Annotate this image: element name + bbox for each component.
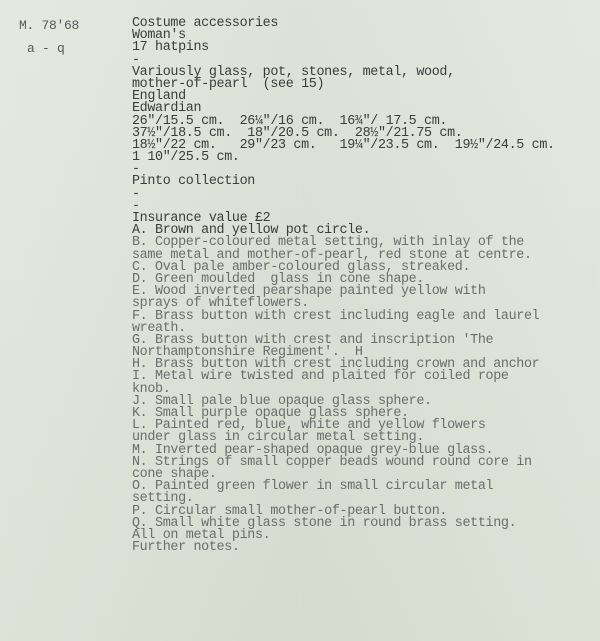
card-line: F. Brass button with crest including eag… <box>132 311 592 323</box>
card-description: Costume accessoriesWoman's17 hatpins-Var… <box>132 18 592 554</box>
card-line: Costume accessories <box>132 18 592 30</box>
catalogue-card: M. 78'68 a - q Costume accessoriesWoman'… <box>0 0 600 641</box>
card-line: O. Painted green flower in small circula… <box>132 481 592 493</box>
card-line: Pinto collection <box>132 176 592 188</box>
card-line: England <box>132 91 592 103</box>
accession-block: M. 78'68 a - q <box>19 18 79 57</box>
card-line: I. Metal wire twisted and plaited for co… <box>132 371 592 383</box>
card-line: Further notes. <box>132 542 592 554</box>
separator-dash: - <box>132 189 592 201</box>
card-line: 1 10"/25.5 cm. <box>132 152 592 164</box>
accession-number: M. 78'68 <box>19 18 79 33</box>
card-line: mother-of-pearl (see 15) <box>132 79 592 91</box>
card-line: 17 hatpins <box>132 42 592 54</box>
item-range: a - q <box>19 41 79 57</box>
